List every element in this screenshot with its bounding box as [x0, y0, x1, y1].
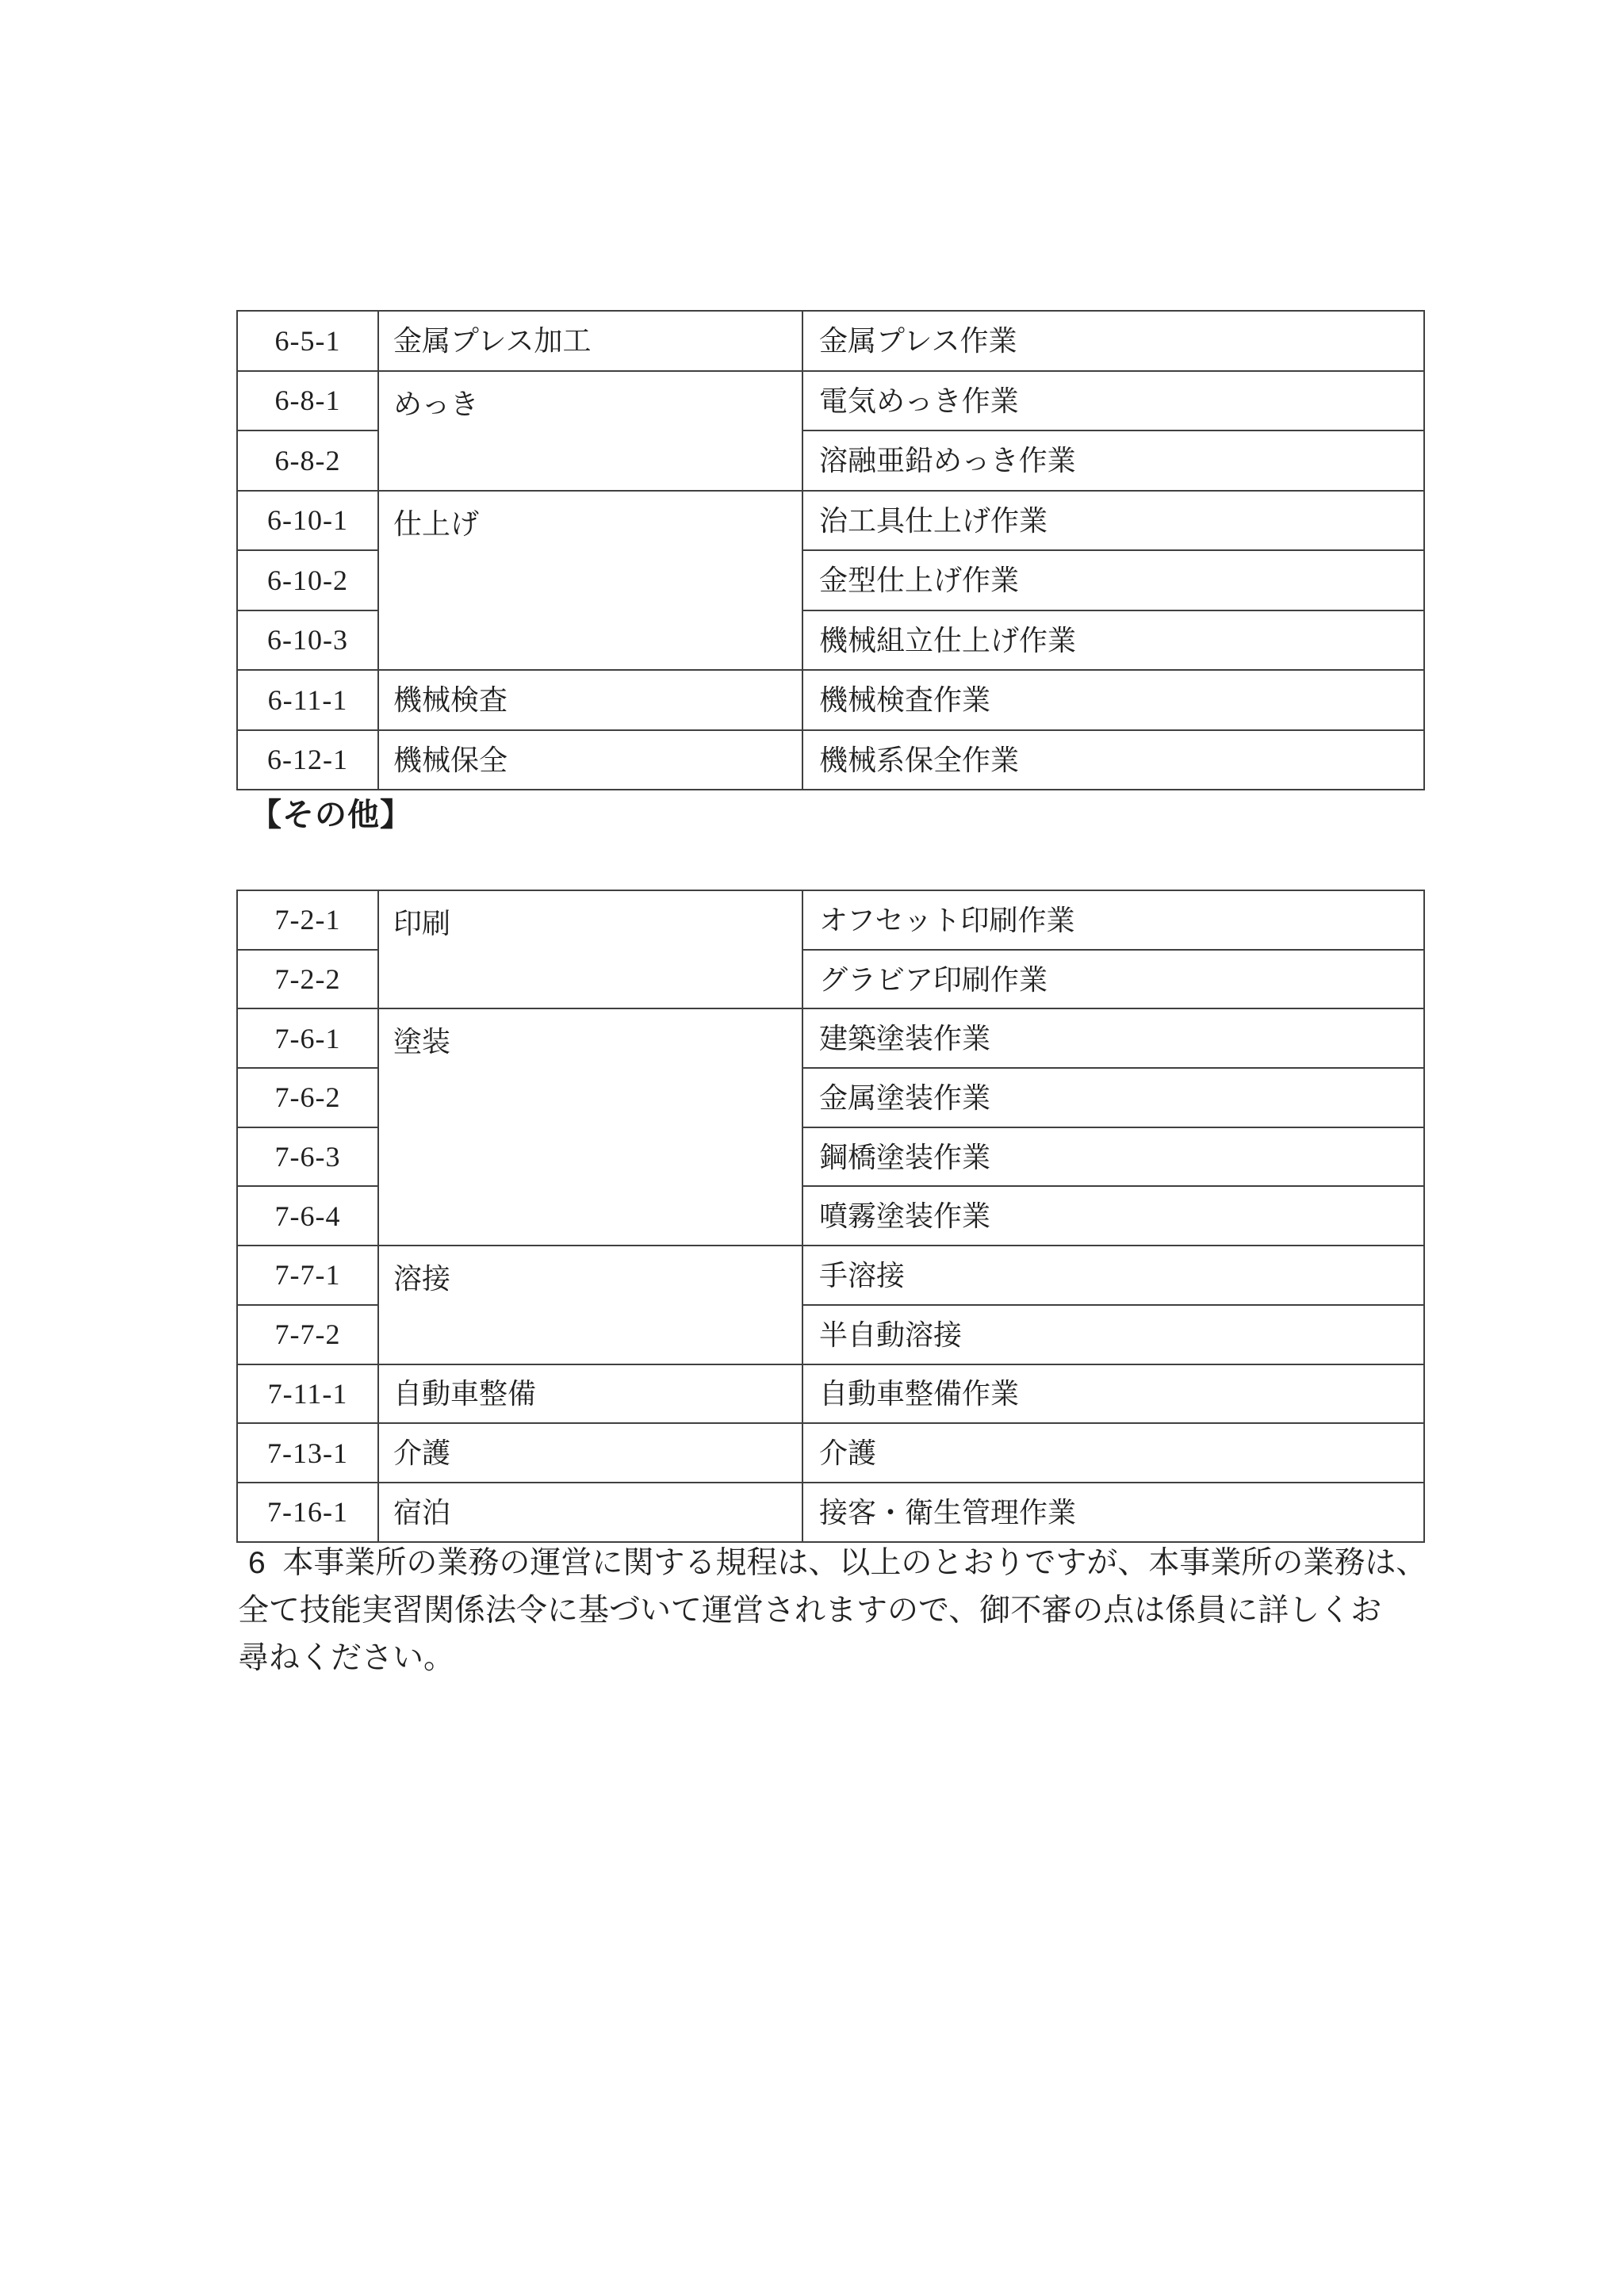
closing-paragraph-line: 全て技能実習関係法令に基づいて運営されますので、御不審の点は係員に詳しくお: [238, 1587, 1443, 1635]
occupation-code-cell: 7-6-2: [237, 1068, 378, 1127]
other-occupations-table: 7-2-1印刷オフセット印刷作業7-2-2グラビア印刷作業7-6-1塗装建築塗装…: [236, 890, 1425, 1543]
occupation-code-cell: 7-7-2: [237, 1305, 378, 1364]
occupation-task-cell: 溶融亜鉛めっき作業: [802, 430, 1424, 491]
occupation-category-cell: 印刷: [378, 890, 802, 1008]
occupation-category-cell: 機械保全: [378, 730, 802, 790]
occupation-task-cell: 自動車整備作業: [802, 1364, 1424, 1424]
occupation-code-cell: 6-5-1: [237, 311, 378, 371]
table-row: 6-8-1めっき電気めっき作業: [237, 371, 1424, 431]
table-row: 7-16-1宿泊接客・衛生管理作業: [237, 1483, 1424, 1542]
occupation-category-cell: めっき: [378, 371, 802, 491]
closing-paragraph-line: 6 本事業所の業務の運営に関する規程は、以上のとおりですが、本事業所の業務は、: [238, 1540, 1443, 1587]
occupation-task-cell: 鋼橋塗装作業: [802, 1127, 1424, 1187]
occupation-code-cell: 6-11-1: [237, 670, 378, 730]
table-row: 7-7-1溶接手溶接: [237, 1246, 1424, 1305]
machinery-occupations-table: 6-5-1金属プレス加工金属プレス作業6-8-1めっき電気めっき作業6-8-2溶…: [236, 310, 1425, 790]
occupation-code-cell: 7-6-4: [237, 1186, 378, 1246]
occupation-code-cell: 7-6-3: [237, 1127, 378, 1187]
occupation-task-cell: 手溶接: [802, 1246, 1424, 1305]
closing-paragraph-line: 尋ねください。: [238, 1635, 1443, 1682]
occupation-task-cell: 治工具仕上げ作業: [802, 491, 1424, 551]
table-row: 6-5-1金属プレス加工金属プレス作業: [237, 311, 1424, 371]
occupation-task-cell: 機械組立仕上げ作業: [802, 610, 1424, 671]
occupation-task-cell: オフセット印刷作業: [802, 890, 1424, 950]
occupation-task-cell: 介護: [802, 1423, 1424, 1483]
occupation-task-cell: 金属塗装作業: [802, 1068, 1424, 1127]
occupation-task-cell: 金型仕上げ作業: [802, 550, 1424, 610]
occupation-code-cell: 6-10-3: [237, 610, 378, 671]
occupation-task-cell: 噴霧塗装作業: [802, 1186, 1424, 1246]
occupation-task-cell: グラビア印刷作業: [802, 950, 1424, 1009]
occupation-task-cell: 電気めっき作業: [802, 371, 1424, 431]
occupation-code-cell: 7-11-1: [237, 1364, 378, 1424]
occupation-category-cell: 機械検査: [378, 670, 802, 730]
occupation-task-cell: 接客・衛生管理作業: [802, 1483, 1424, 1542]
table-row: 7-11-1自動車整備自動車整備作業: [237, 1364, 1424, 1424]
table-row: 7-2-1印刷オフセット印刷作業: [237, 890, 1424, 950]
occupation-code-cell: 7-7-1: [237, 1246, 378, 1305]
table-row: 6-10-1仕上げ治工具仕上げ作業: [237, 491, 1424, 551]
occupation-category-cell: 塗装: [378, 1008, 802, 1246]
table-row: 6-12-1機械保全機械系保全作業: [237, 730, 1424, 790]
occupation-code-cell: 7-16-1: [237, 1483, 378, 1542]
occupation-task-cell: 半自動溶接: [802, 1305, 1424, 1364]
occupation-task-cell: 建築塗装作業: [802, 1008, 1424, 1068]
occupation-code-cell: 7-2-2: [237, 950, 378, 1009]
occupation-category-cell: 宿泊: [378, 1483, 802, 1542]
occupation-code-cell: 6-10-2: [237, 550, 378, 610]
occupation-category-cell: 溶接: [378, 1246, 802, 1364]
occupation-category-cell: 自動車整備: [378, 1364, 802, 1424]
occupation-code-cell: 7-6-1: [237, 1008, 378, 1068]
table-row: 7-13-1介護介護: [237, 1423, 1424, 1483]
closing-paragraph: 6 本事業所の業務の運営に関する規程は、以上のとおりですが、本事業所の業務は、 …: [238, 1540, 1443, 1682]
occupation-code-cell: 6-8-2: [237, 430, 378, 491]
document-page: 6-5-1金属プレス加工金属プレス作業6-8-1めっき電気めっき作業6-8-2溶…: [0, 0, 1624, 2296]
table-row: 7-6-1塗装建築塗装作業: [237, 1008, 1424, 1068]
occupation-task-cell: 機械検査作業: [802, 670, 1424, 730]
occupation-code-cell: 6-12-1: [237, 730, 378, 790]
occupation-category-cell: 介護: [378, 1423, 802, 1483]
occupation-task-cell: 金属プレス作業: [802, 311, 1424, 371]
occupation-code-cell: 6-8-1: [237, 371, 378, 431]
occupation-code-cell: 6-10-1: [237, 491, 378, 551]
occupation-category-cell: 金属プレス加工: [378, 311, 802, 371]
occupation-code-cell: 7-13-1: [237, 1423, 378, 1483]
occupation-code-cell: 7-2-1: [237, 890, 378, 950]
occupation-category-cell: 仕上げ: [378, 491, 802, 671]
section-heading-other: 【その他】: [250, 794, 412, 836]
occupation-task-cell: 機械系保全作業: [802, 730, 1424, 790]
table-row: 6-11-1機械検査機械検査作業: [237, 670, 1424, 730]
